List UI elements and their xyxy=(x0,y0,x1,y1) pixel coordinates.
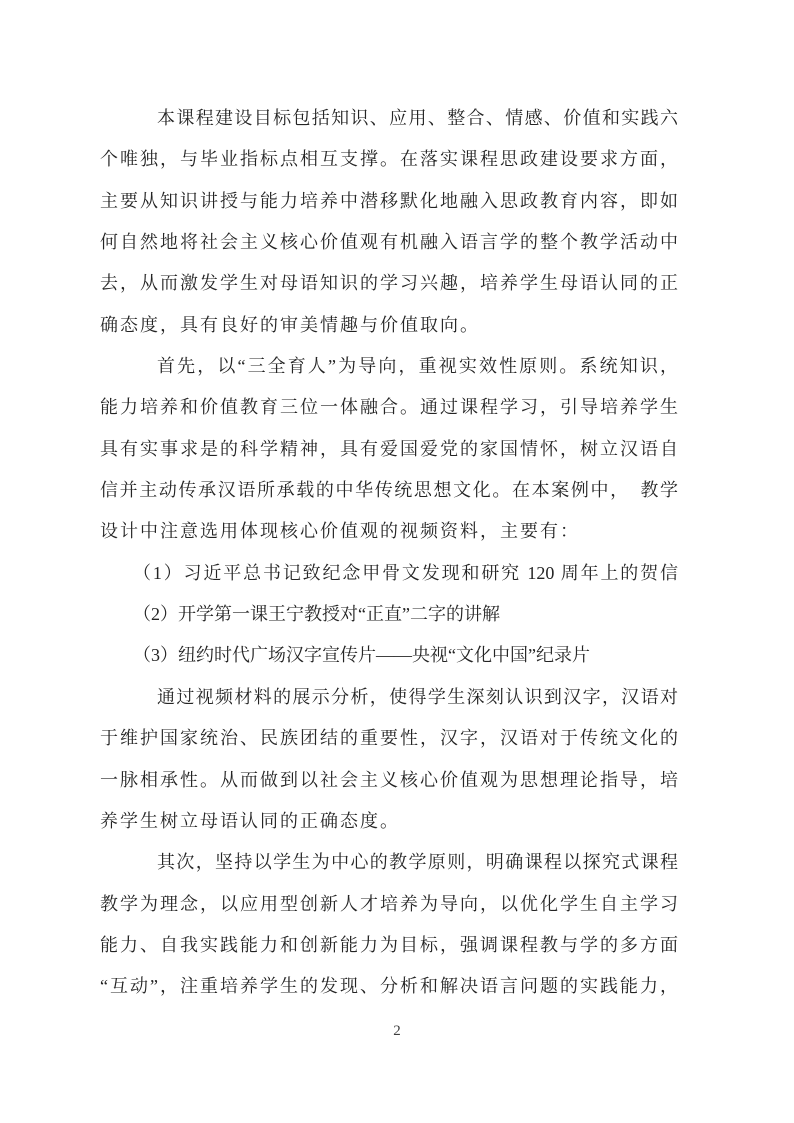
text-line: 于维护国家统治、民族团结的重要性，汉字，汉语对于传统文化的 xyxy=(100,718,678,759)
text-line: 其次，坚持以学生为中心的教学原则，明确课程以探究式课程 xyxy=(100,842,678,883)
text-line: 何自然地将社会主义核心价值观有机融入语言学的整个教学活动中 xyxy=(100,222,678,263)
list-item: （1）习近平总书记致纪念甲骨文发现和研究 120 周年上的贺信 xyxy=(100,553,678,594)
text-line: 教学为理念，以应用型创新人才培养为导向，以优化学生自主学习 xyxy=(100,884,678,925)
page-number: 2 xyxy=(0,1020,794,1042)
text-line: 去，从而激发学生对母语知识的学习兴趣，培养学生母语认同的正 xyxy=(100,263,678,304)
paragraph-goals: 本课程建设目标包括知识、应用、整合、情感、价值和实践六 个唯独，与毕业指标点相互… xyxy=(100,98,678,346)
text-line: 主要从知识讲授与能力培养中潜移默化地融入思政教育内容，即如 xyxy=(100,181,678,222)
paragraph-video-analysis: 通过视频材料的展示分析，使得学生深刻认识到汉字，汉语对 于维护国家统治、民族团结… xyxy=(100,677,678,842)
video-resource-list: （1）习近平总书记致纪念甲骨文发现和研究 120 周年上的贺信 （2）开学第一课… xyxy=(100,553,678,677)
text-line: 能力、自我实践能力和创新能力为目标，强调课程教与学的多方面 xyxy=(100,925,678,966)
text-line: 能力培养和价值教育三位一体融合。通过课程学习，引导培养学生 xyxy=(100,387,678,428)
text-block: 本课程建设目标包括知识、应用、整合、情感、价值和实践六 个唯独，与毕业指标点相互… xyxy=(100,98,678,1008)
text-line: 具有实事求是的科学精神，具有爱国爱党的家国情怀，树立汉语自 xyxy=(100,429,678,470)
paragraph-second-principle: 其次，坚持以学生为中心的教学原则，明确课程以探究式课程 教学为理念，以应用型创新… xyxy=(100,842,678,1007)
text-line: 确态度，具有良好的审美情趣与价值取向。 xyxy=(100,305,678,346)
paragraph-first-principle: 首先，以“三全育人”为导向，重视实效性原则。系统知识， 能力培养和价值教育三位一… xyxy=(100,346,678,553)
text-line: 养学生树立母语认同的正确态度。 xyxy=(100,801,678,842)
text-line: 本课程建设目标包括知识、应用、整合、情感、价值和实践六 xyxy=(100,98,678,139)
text-line: 首先，以“三全育人”为导向，重视实效性原则。系统知识， xyxy=(100,346,678,387)
document-page: 本课程建设目标包括知识、应用、整合、情感、价值和实践六 个唯独，与毕业指标点相互… xyxy=(0,0,794,1123)
list-item: （2）开学第一课王宁教授对“正直”二字的讲解 xyxy=(100,594,678,635)
text-line: 个唯独，与毕业指标点相互支撑。在落实课程思政建设要求方面， xyxy=(100,139,678,180)
text-line: 一脉相承性。从而做到以社会主义核心价值观为思想理论指导，培 xyxy=(100,760,678,801)
text-line: 设计中注意选用体现核心价值观的视频资料，主要有： xyxy=(100,511,678,552)
list-item: （3）纽约时代广场汉字宣传片——央视“文化中国”纪录片 xyxy=(100,635,678,676)
text-line: 通过视频材料的展示分析，使得学生深刻认识到汉字，汉语对 xyxy=(100,677,678,718)
text-line: 信并主动传承汉语所承载的中华传统思想文化。在本案例中， 教学 xyxy=(100,470,678,511)
text-line: “互动”，注重培养学生的发现、分析和解决语言问题的实践能力， xyxy=(100,966,678,1007)
